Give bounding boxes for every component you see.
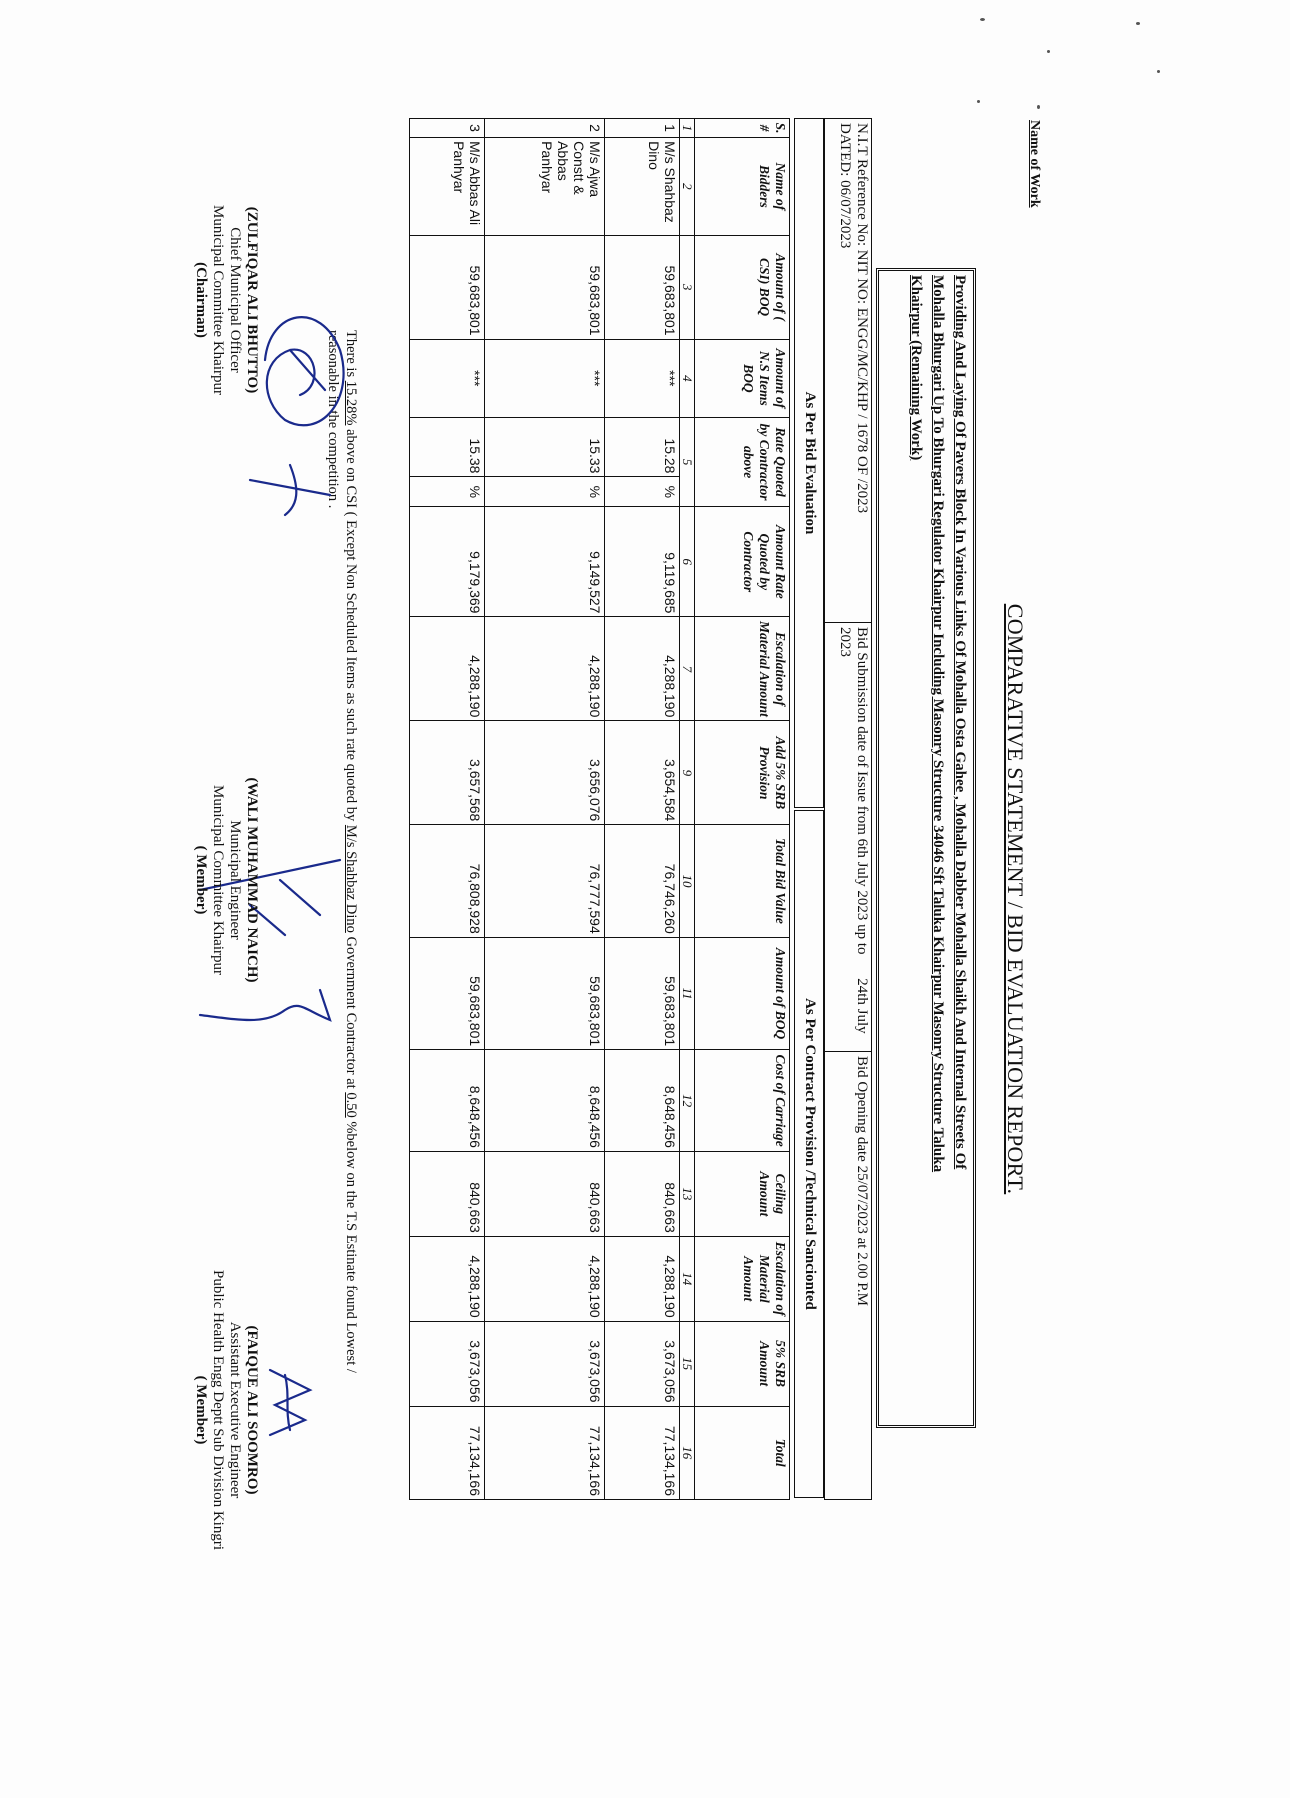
cell-amount-quoted: 9,119,685 <box>605 507 680 617</box>
cell-total: 77,134,166 <box>605 1406 680 1499</box>
table-header-row: S. # Name of Bidders Amount of ( CSI) BO… <box>695 119 790 1500</box>
section-headers: As Per Bid Evaluation As Per Contract Pr… <box>802 118 824 1500</box>
cell-bidder: M/s Ajwa Constt & Abbas Panhyar <box>485 138 605 236</box>
scan-speck <box>980 18 985 21</box>
signatory-designation: Chief Municipal Officer <box>226 120 243 480</box>
col-header: Total <box>695 1406 790 1499</box>
signatory-designation: Municipal Engineer <box>226 700 243 1060</box>
signatory-role: (Chairman) <box>192 120 209 480</box>
cell-ceiling: 840,663 <box>605 1151 680 1236</box>
col-header: Escalation of Material Amount <box>695 617 790 721</box>
bid-submission: Bid Submission date of Issue from 6th Ju… <box>854 627 870 955</box>
col-number: 13 <box>680 1151 695 1236</box>
cell-total-bid: 76,746,260 <box>605 825 680 937</box>
col-number: 15 <box>680 1321 695 1406</box>
cell-rate-unit: % <box>410 477 485 507</box>
cell-rate-unit: % <box>485 477 605 507</box>
col-number: 16 <box>680 1406 695 1499</box>
signatory-designation: Assistant Executive Engineer <box>226 1200 243 1620</box>
work-line-3: Khairpur (Remaining Work) <box>908 275 924 460</box>
cell-amount-boq: 59,683,801 <box>410 937 485 1049</box>
col-header: Amount Rate Quoted by Contractor <box>695 507 790 617</box>
col-number: 3 <box>680 235 695 339</box>
col-number: 14 <box>680 1236 695 1321</box>
col-header: 5% SRB Amount <box>695 1321 790 1406</box>
cell-carriage: 8,648,456 <box>605 1050 680 1152</box>
col-header: Rate Quoted by Contractor above <box>695 418 790 507</box>
cell-srb-amount: 3,673,056 <box>410 1321 485 1406</box>
cell-sn: 3 <box>410 119 485 138</box>
cell-bidder: M/s Abbas Ali Panhyar <box>410 138 485 236</box>
scanned-document-page: COMPARATIVE STATEMENT / BID EVALUATION R… <box>0 0 1290 1798</box>
bid-submission-cell: Bid Submission date of Issue from 6th Ju… <box>825 623 872 1052</box>
cell-bidder: M/s Shahbaz Dino <box>605 138 680 236</box>
cell-amount-quoted: 9,149,527 <box>485 507 605 617</box>
signatory-name: (ZULFIQAR ALI BHUTTO) <box>243 120 260 480</box>
cell-srb-provision: 3,654,584 <box>605 721 680 825</box>
tender-info-band: N.I.T Reference No: NIT NO: ENGG/MC/KHP … <box>824 118 872 1500</box>
cell-total-bid: 76,808,928 <box>410 825 485 937</box>
col-number: 6 <box>680 507 695 617</box>
cell-ns-items: *** <box>485 339 605 417</box>
col-header: Cost of Carriage <box>695 1050 790 1152</box>
cell-amount-quoted: 9,179,369 <box>410 507 485 617</box>
cell-escalation-cp: 4,288,190 <box>410 1236 485 1321</box>
col-number: 4 <box>680 339 695 417</box>
section-contract-provision: As Per Contract Provision /Technical San… <box>794 810 824 1498</box>
cell-amount-boq: 59,683,801 <box>605 937 680 1049</box>
col-header: Escalation of Material Amount <box>695 1236 790 1321</box>
signatory-assistant-engineer: (FAIQUE ALI SOOMRO) Assistant Executive … <box>192 1200 260 1620</box>
col-header: Amount of ( CSI) BOQ <box>695 235 790 339</box>
document-title: COMPARATIVE STATEMENT / BID EVALUATION R… <box>1002 0 1028 1798</box>
cell-carriage: 8,648,456 <box>485 1050 605 1152</box>
nit-dated: DATED: 06/07/2023 <box>836 123 853 618</box>
cell-csi-boq: 59,683,801 <box>485 235 605 339</box>
signature-member-icon <box>250 1350 330 1450</box>
cell-csi-boq: 59,683,801 <box>410 235 485 339</box>
table-row: 2 M/s Ajwa Constt & Abbas Panhyar 59,683… <box>485 119 605 1500</box>
note-suffix: %below on the T.S Estinate found Lowest … <box>343 1118 359 1373</box>
col-header: Total Bid Value <box>695 825 790 937</box>
col-header: Add 5% SRB Provision <box>695 721 790 825</box>
cell-ns-items: *** <box>410 339 485 417</box>
cell-sn: 2 <box>485 119 605 138</box>
col-number: 12 <box>680 1050 695 1152</box>
cell-total: 77,134,166 <box>410 1406 485 1499</box>
name-of-work-box: Providing And Laying Of Pavers Block In … <box>876 268 976 1428</box>
table-row: 3 M/s Abbas Ali Panhyar 59,683,801 *** 1… <box>410 119 485 1500</box>
bid-evaluation-table: S. # Name of Bidders Amount of ( CSI) BO… <box>409 118 790 1500</box>
col-header: Name of Bidders <box>695 138 790 236</box>
scan-speck <box>1136 22 1140 25</box>
col-number: 1 <box>680 119 695 138</box>
table-row: 1 M/s Shahbaz Dino 59,683,801 *** 15.28 … <box>605 119 680 1500</box>
scan-speck <box>1047 50 1050 53</box>
signatory-name: (FAIQUE ALI SOOMRO) <box>243 1200 260 1620</box>
cell-total-bid: 76,777,594 <box>485 825 605 937</box>
cell-ns-items: *** <box>605 339 680 417</box>
cell-rate: 15.33 <box>485 418 605 477</box>
signatory-municipal-engineer: (WALI MUHAMMAD NAICH) Municipal Engineer… <box>192 700 260 1060</box>
signatory-role: ( Member) <box>192 1200 209 1620</box>
nit-reference-cell: N.I.T Reference No: NIT NO: ENGG/MC/KHP … <box>825 119 872 623</box>
name-of-work-label: Name of Work <box>1026 120 1042 208</box>
cell-srb-provision: 3,657,568 <box>410 721 485 825</box>
cell-escalation-cp: 4,288,190 <box>485 1236 605 1321</box>
cell-carriage: 8,648,456 <box>410 1050 485 1152</box>
col-header: S. # <box>695 119 790 138</box>
cell-amount-boq: 59,683,801 <box>485 937 605 1049</box>
cell-escalation: 4,288,190 <box>485 617 605 721</box>
bid-opening-cell: Bid Opening date 25/07/2023 at 2.00 P.M <box>825 1052 872 1500</box>
col-number: 5 <box>680 418 695 507</box>
scan-speck <box>1037 105 1040 109</box>
cell-rate-unit: % <box>605 477 680 507</box>
cell-escalation: 4,288,190 <box>410 617 485 721</box>
col-header: Amount of BOQ <box>695 937 790 1049</box>
col-number: 10 <box>680 825 695 937</box>
cell-srb-amount: 3,673,056 <box>485 1321 605 1406</box>
signatory-office: Public Health Engg Deptt Sub Division Ki… <box>209 1200 226 1620</box>
scan-speck <box>977 100 980 103</box>
cell-sn: 1 <box>605 119 680 138</box>
column-number-row: 1 2 3 4 5 6 7 9 10 11 12 13 14 15 16 <box>680 119 695 1500</box>
signatory-role: ( Member) <box>192 700 209 1060</box>
cell-srb-provision: 3,656,076 <box>485 721 605 825</box>
signatory-office: Municipal Committee Khairpur <box>209 120 226 480</box>
cell-escalation: 4,288,190 <box>605 617 680 721</box>
nit-reference: N.I.T Reference No: NIT NO: ENGG/MC/KHP … <box>853 123 870 618</box>
col-header: Ceiling Amount <box>695 1151 790 1236</box>
section-bid-evaluation: As Per Bid Evaluation <box>794 118 824 808</box>
cell-csi-boq: 59,683,801 <box>605 235 680 339</box>
cell-ceiling: 840,663 <box>410 1151 485 1236</box>
col-number: 7 <box>680 617 695 721</box>
note-below: 0.50 <box>343 1092 359 1117</box>
scan-speck <box>1157 70 1160 73</box>
cell-srb-amount: 3,673,056 <box>605 1321 680 1406</box>
cell-rate: 15.38 <box>410 418 485 477</box>
work-line-1: Providing And Laying Of Pavers Block In … <box>952 275 968 1169</box>
signatory-office: Municipal Committee Khairpur <box>209 700 226 1060</box>
col-number: 2 <box>680 138 695 236</box>
cell-escalation-cp: 4,288,190 <box>605 1236 680 1321</box>
cell-total: 77,134,166 <box>485 1406 605 1499</box>
signatory-chairman: (ZULFIQAR ALI BHUTTO) Chief Municipal Of… <box>192 120 260 480</box>
col-number: 11 <box>680 937 695 1049</box>
cell-rate: 15.28 <box>605 418 680 477</box>
work-line-2: Mohalla Bhurgari Up To Bhurgari Regulato… <box>930 275 946 1172</box>
col-number: 9 <box>680 721 695 825</box>
cell-ceiling: 840,663 <box>485 1151 605 1236</box>
col-header: Amount of N.S Items BOQ <box>695 339 790 417</box>
bid-opening: Bid Opening date 25/07/2023 at 2.00 P.M <box>853 1056 870 1495</box>
signatory-name: (WALI MUHAMMAD NAICH) <box>243 700 260 1060</box>
